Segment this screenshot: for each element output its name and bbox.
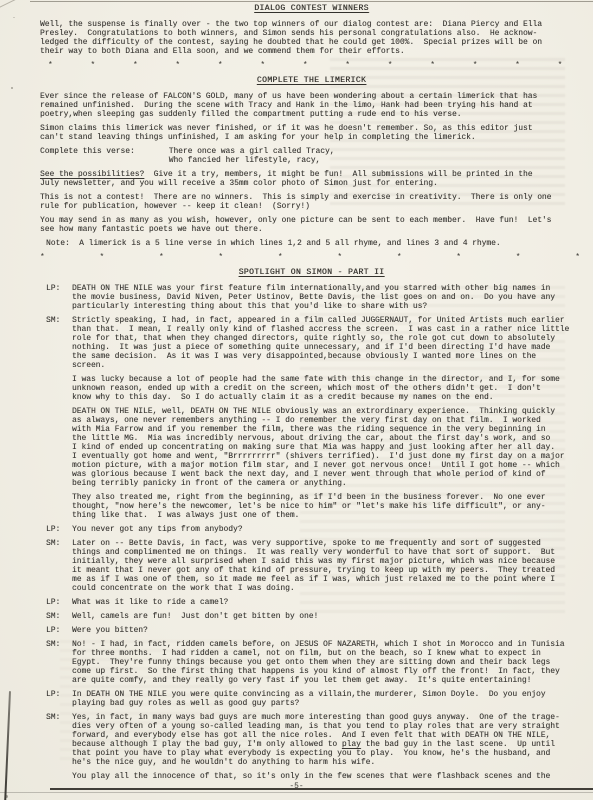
- interview-question: LP: What was it like to ride a camel?: [46, 598, 583, 607]
- top-left-crease-mark: [0, 0, 24, 9]
- speaker-label: [46, 493, 72, 520]
- interview-answer: SM: No! - I had, in fact, ridden camels …: [46, 640, 583, 685]
- section-title-text: SPOTLIGHT ON SIMON - PART II: [239, 268, 385, 277]
- speaker-text: In DEATH ON THE NILE you were quite conv…: [72, 690, 583, 708]
- asterisk-separator: * * * * * * * * * * * * *: [40, 61, 583, 70]
- scan-speck: [13, 17, 15, 18]
- section-title-dialog-contest-winners: DIALOG CONTEST WINNERS: [40, 4, 583, 13]
- page-content: DIALOG CONTEST WINNERS Well, the suspens…: [40, 4, 583, 786]
- speaker-text: Strictly speaking, I had, in fact, appea…: [72, 316, 583, 370]
- interview-question: LP: Were you bitten?: [46, 626, 583, 635]
- limerick-paragraph-5: You may send in as many as you wish, how…: [40, 216, 583, 234]
- speaker-label: LP:: [46, 690, 72, 708]
- speaker-text: You play all the innocence of that, so i…: [72, 772, 583, 781]
- limerick-paragraph-4: This is not a contest! There are no winn…: [40, 193, 583, 211]
- limerick-paragraph-1: Ever since the release of FALCON'S GOLD,…: [40, 92, 583, 119]
- speaker-label: [46, 407, 72, 488]
- speaker-label: LP:: [46, 525, 72, 534]
- interview-question: LP: DEATH ON THE NILE was your first fea…: [46, 284, 583, 311]
- interview-question: LP: In DEATH ON THE NILE you were quite …: [46, 690, 583, 708]
- page-number: -5-: [0, 782, 593, 791]
- interview-answer: SM: Later on -- Bette Davis, in fact, wa…: [46, 539, 583, 593]
- limerick-verse-block: Complete this verse: There once was a gi…: [40, 147, 583, 165]
- speaker-label: LP:: [46, 598, 72, 607]
- speaker-text: What was it like to ride a camel?: [72, 598, 583, 607]
- speaker-text: DEATH ON THE NILE, well, DEATH ON THE NI…: [72, 407, 583, 488]
- interview-answer-continued: You play all the innocence of that, so i…: [46, 772, 583, 781]
- page-bottom-edge-shadow: [0, 792, 593, 793]
- speaker-label: SM:: [46, 612, 72, 621]
- section-title-spotlight-on-simon: SPOTLIGHT ON SIMON - PART II: [40, 268, 583, 277]
- speaker-text: Yes, in fact, in many ways bad guys are …: [72, 713, 583, 767]
- speaker-label: SM:: [46, 640, 72, 685]
- speaker-label: SM:: [46, 713, 72, 767]
- dialog-contest-paragraph: Well, the suspense is finally over - the…: [40, 20, 583, 56]
- interview-answer: SM: Strictly speaking, I had, in fact, a…: [46, 316, 583, 370]
- speaker-label: SM:: [46, 316, 72, 370]
- speaker-text: No! - I had, in fact, ridden camels befo…: [72, 640, 583, 685]
- interview-answer-continued: DEATH ON THE NILE, well, DEATH ON THE NI…: [46, 407, 583, 488]
- asterisk-separator: * * * * * * * * * *: [40, 253, 583, 262]
- limerick-paragraph-3: See the possibilities? Give it a try, me…: [40, 170, 583, 188]
- interview-answer-continued: I was lucky because a lot of people had …: [46, 375, 583, 402]
- scanned-newsletter-page: { "colors": { "paper": "#f1eee4", "ink":…: [0, 0, 593, 800]
- speaker-text: Were you bitten?: [72, 626, 583, 635]
- speaker-label: [46, 375, 72, 402]
- verse-label: Complete this verse:: [40, 147, 135, 165]
- speaker-text: I was lucky because a lot of people had …: [72, 375, 583, 402]
- speaker-label: LP:: [46, 284, 72, 311]
- interview-answer-continued: They also treated me, right from the beg…: [46, 493, 583, 520]
- section-title-text: DIALOG CONTEST WINNERS: [254, 4, 369, 13]
- scan-speck: [5, 795, 8, 798]
- speaker-text: DEATH ON THE NILE was your first feature…: [72, 284, 583, 311]
- speaker-label: SM:: [46, 539, 72, 593]
- speaker-text: Later on -- Bette Davis, in fact, was ve…: [72, 539, 583, 593]
- underlined-phrase: See the possibilities?: [40, 170, 144, 179]
- speaker-text: They also treated me, right from the beg…: [72, 493, 583, 520]
- interview-answer: SM: Well, camels are fun! Just don't get…: [46, 612, 583, 621]
- interview-answer: SM: Yes, in fact, in many ways bad guys …: [46, 713, 583, 767]
- section-title-text: COMPLETE THE LIMERICK: [257, 76, 366, 85]
- underlined-word: play: [342, 740, 361, 749]
- speaker-text: Well, camels are fun! Just don't get bit…: [72, 612, 583, 621]
- limerick-paragraph-2: Simon claims this limerick was never fin…: [40, 124, 583, 142]
- speaker-label: LP:: [46, 626, 72, 635]
- interview-question: LP: You never got any tips from anybody?: [46, 525, 583, 534]
- speaker-label: [46, 772, 72, 781]
- section-title-complete-the-limerick: COMPLETE THE LIMERICK: [40, 76, 583, 85]
- limerick-note: Note: A limerick is a 5 line verse in wh…: [46, 239, 583, 248]
- verse-text: There once was a girl called Tracy, Who …: [169, 147, 335, 165]
- scan-speck: [11, 87, 13, 89]
- speaker-text: You never got any tips from anybody?: [72, 525, 583, 534]
- page-top-edge-line: [30, 1, 593, 2]
